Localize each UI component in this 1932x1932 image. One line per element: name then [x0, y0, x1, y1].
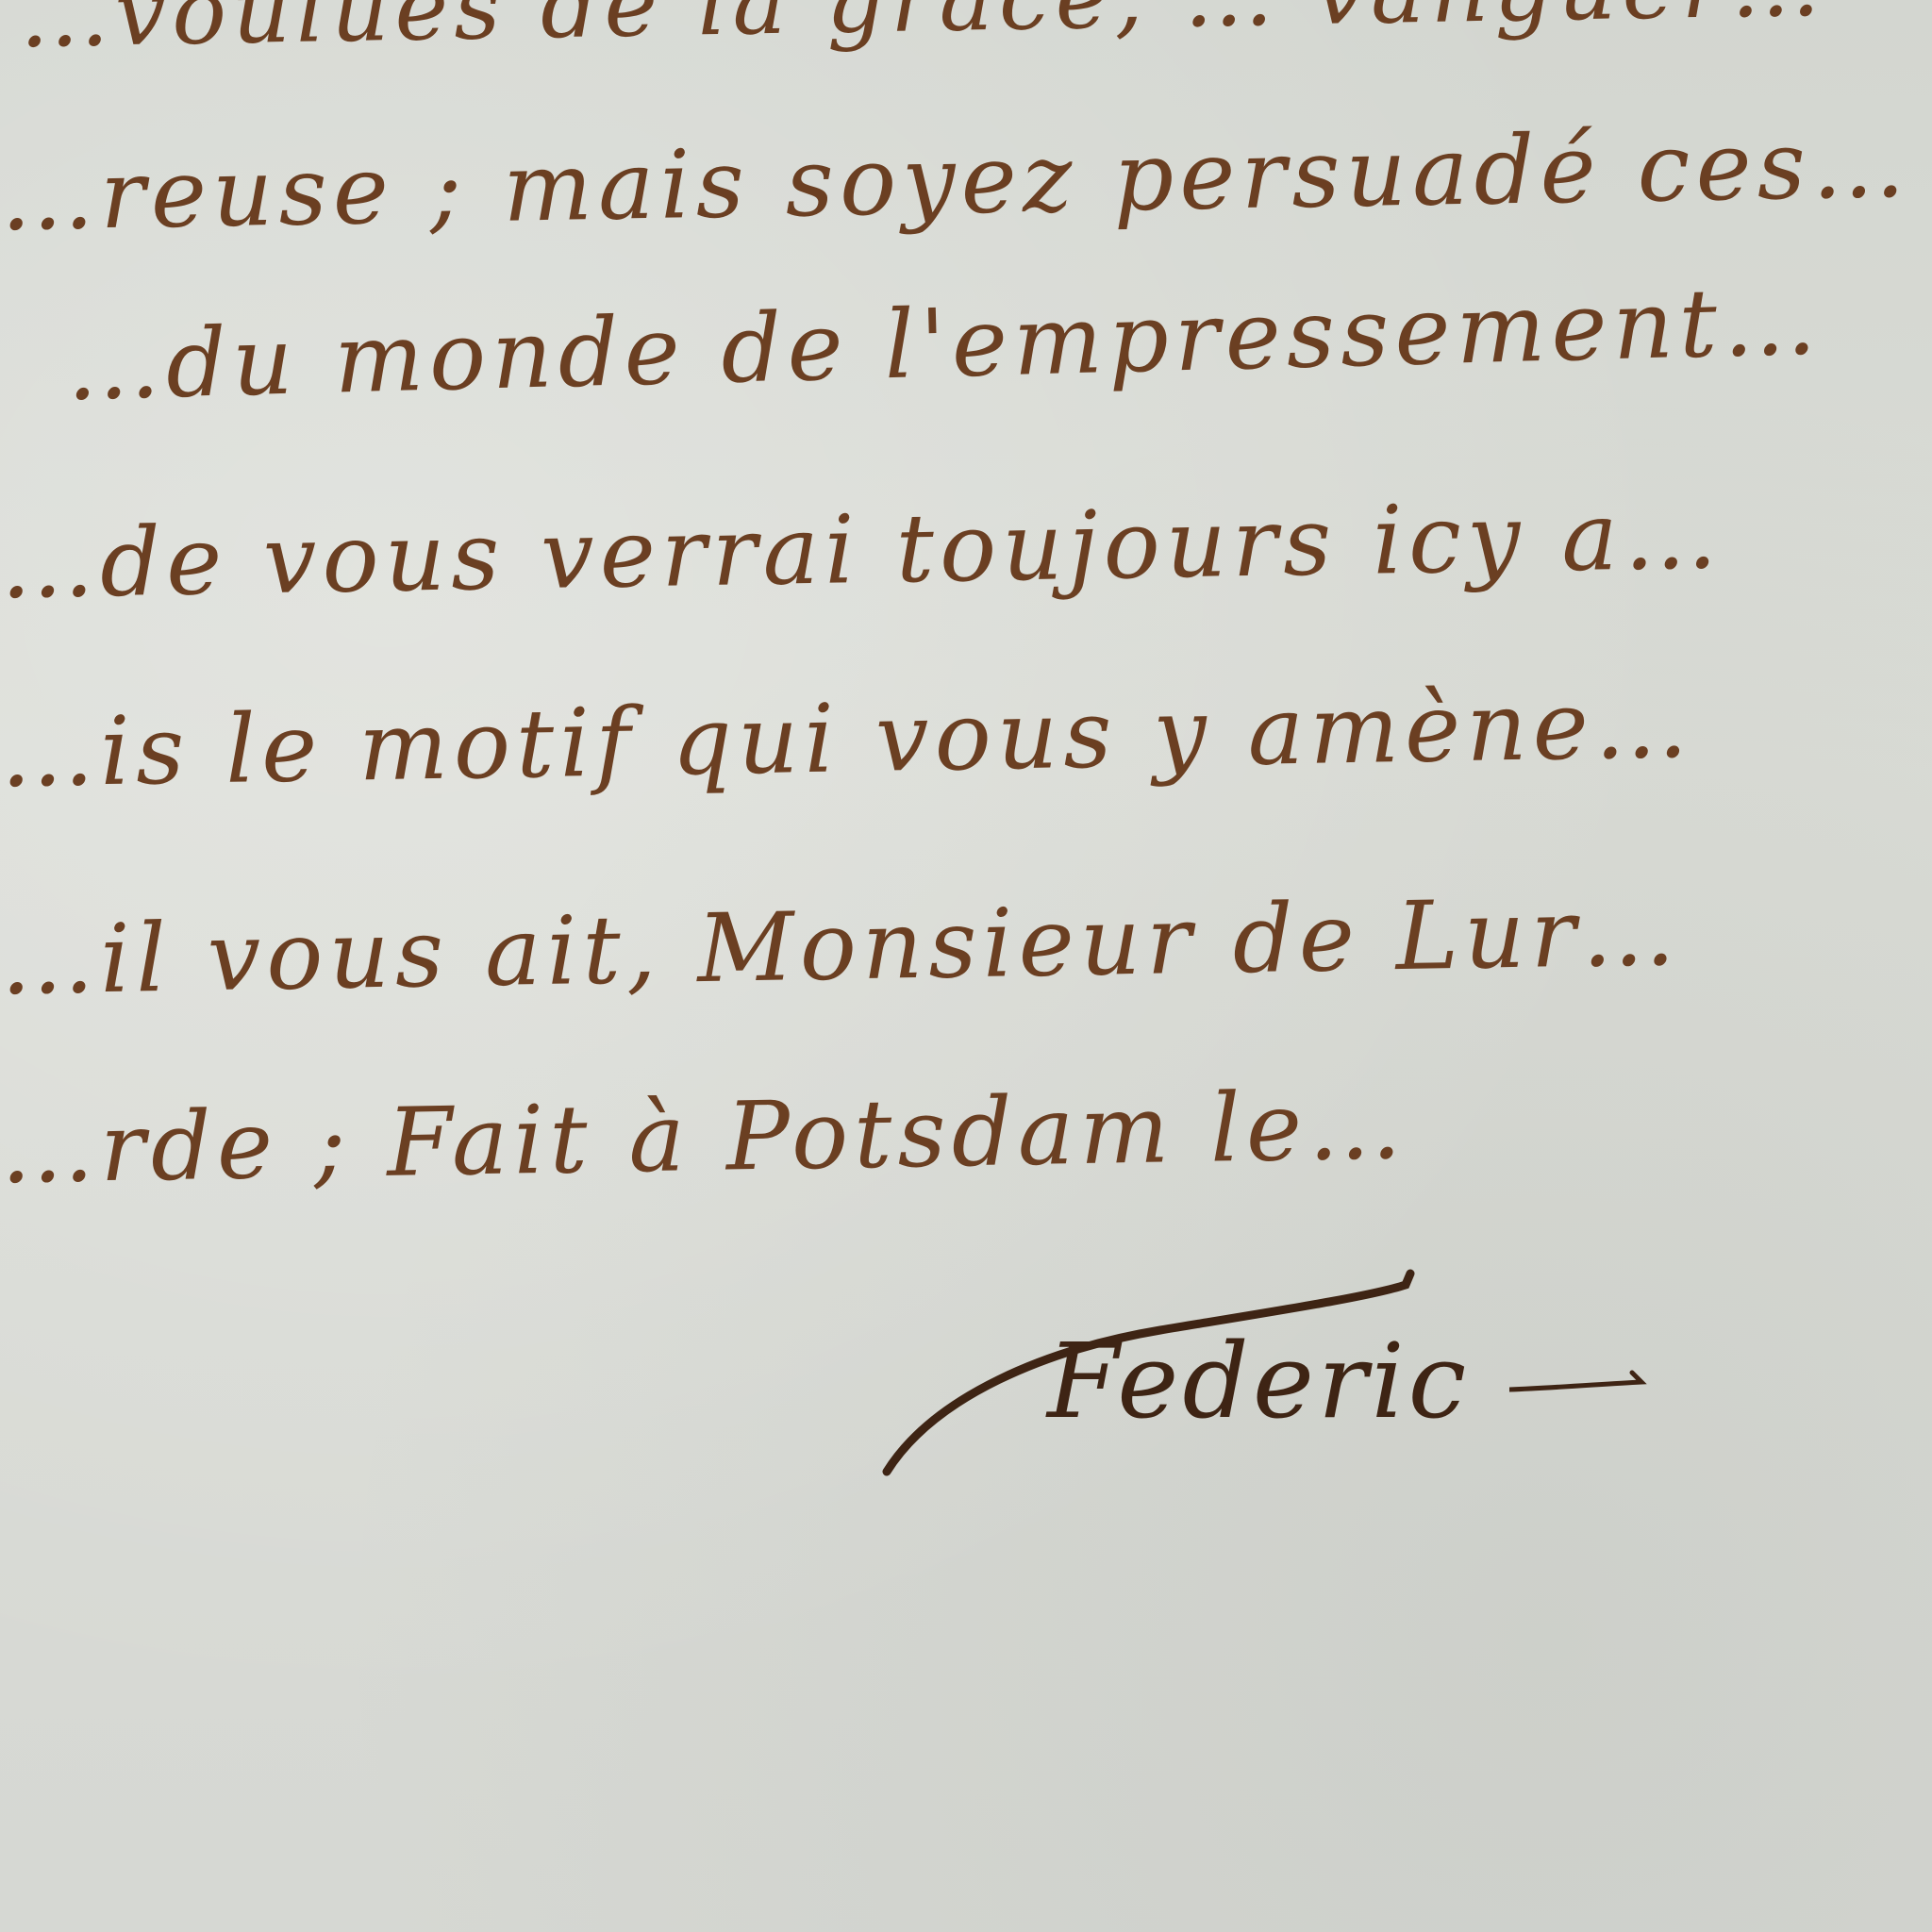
letter-line-4: …de vous verrai toujours icy a… [0, 479, 1724, 620]
paper-sheet: …voulues de la grâce, … vanguer… …reuse … [0, 0, 1932, 1932]
letter-line-2: …reuse ; mais soyez persuadé ces… [0, 108, 1912, 252]
letter-line-1: …voulues de la grâce, … vanguer… [18, 0, 1827, 68]
letter-line-7: …rde ; Fait à Potsdam le… [0, 1070, 1408, 1205]
signature: Federic [1047, 1321, 1470, 1441]
letter-line-6: …il vous ait, Monsieur de Lur… [0, 876, 1682, 1016]
letter-line-5: …is le motif qui vous y amène… [0, 669, 1695, 808]
letter-line-3: …du monde de l'empressement… [64, 265, 1824, 422]
signature-tail-icon [1509, 1363, 1651, 1401]
